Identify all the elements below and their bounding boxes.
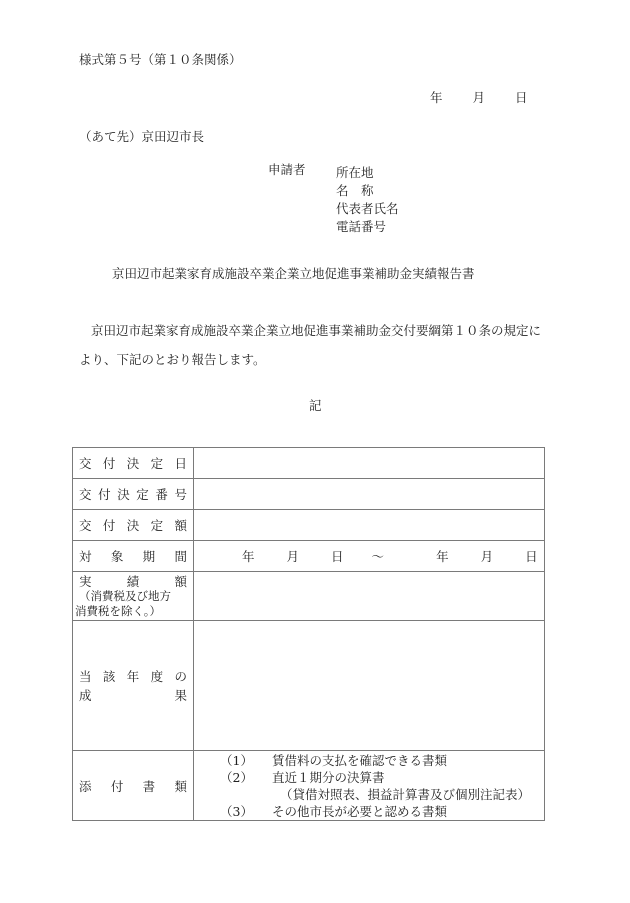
- applicant-name-label: 名 称: [336, 182, 399, 200]
- period-start-month: 月: [287, 547, 300, 565]
- label-decision-amount: 交付決定額: [73, 510, 194, 541]
- addressee: （あて先）京田辺市長: [79, 131, 204, 144]
- actual-amount-field[interactable]: [194, 572, 545, 621]
- label-attachments: 添付書類: [73, 751, 194, 821]
- applicant-phone-label: 電話番号: [336, 218, 399, 236]
- attachment-item-note: （貸借対照表、損益計算書及び個別注記表）: [220, 786, 544, 803]
- document-title: 京田辺市起業家育成施設卒業企業立地促進事業補助金実績報告書: [112, 268, 475, 281]
- attachments-list: （1） 賃借料の支払を確認できる書類 （2） 直近１期分の決算書 （貸借対照表、…: [194, 751, 545, 821]
- period-end-day: 日: [525, 547, 538, 565]
- decision-date-field[interactable]: [194, 448, 545, 479]
- table-row-target-period: 対象期間 年 月 日 ～ 年 月 日: [73, 541, 545, 572]
- report-table: 交付決定日 交付決定番号 交付決定額 対象期間 年 月: [72, 447, 545, 821]
- attachment-item: （3） その他市長が必要と認める書類: [220, 803, 544, 820]
- applicant-address-label: 所在地: [336, 164, 399, 182]
- ki-heading: 記: [309, 400, 322, 413]
- attachment-item: （2） 直近１期分の決算書: [220, 769, 544, 786]
- date-year: 年: [430, 92, 443, 105]
- results-field[interactable]: [194, 621, 545, 751]
- label-decision-number: 交付決定番号: [73, 479, 194, 510]
- period-tilde: ～: [372, 547, 385, 565]
- applicant-representative-label: 代表者氏名: [336, 200, 399, 218]
- actual-amount-note-1: （消費税及び地方: [79, 589, 187, 604]
- attachment-item: （1） 賃借料の支払を確認できる書類: [220, 752, 544, 769]
- target-period-field[interactable]: 年 月 日 ～ 年 月 日: [194, 541, 545, 572]
- applicant-label: 申請者: [268, 164, 306, 177]
- body-text: 京田辺市起業家育成施設卒業企業立地促進事業補助金交付要綱第１０条の規定により、下…: [79, 316, 549, 374]
- date-line: 年月日: [430, 92, 528, 105]
- date-month: 月: [473, 92, 486, 105]
- decision-number-field[interactable]: [194, 479, 545, 510]
- period-end-year: 年: [436, 547, 449, 565]
- label-target-period: 対象期間: [73, 541, 194, 572]
- label-actual-amount: 実績額 （消費税及び地方 消費税を除く。）: [73, 572, 194, 621]
- date-day: 日: [515, 92, 528, 105]
- table-row-actual-amount: 実績額 （消費税及び地方 消費税を除く。）: [73, 572, 545, 621]
- form-number: 様式第５号（第１０条関係）: [79, 54, 242, 67]
- actual-amount-note-2: 消費税を除く。）: [75, 604, 187, 619]
- period-start-year: 年: [242, 547, 255, 565]
- table-row-results: 当該年度の 成果: [73, 621, 545, 751]
- table-row-attachments: 添付書類 （1） 賃借料の支払を確認できる書類 （2） 直近１期分の決算書 （貸…: [73, 751, 545, 821]
- label-decision-date: 交付決定日: [73, 448, 194, 479]
- period-end-month: 月: [481, 547, 494, 565]
- label-results: 当該年度の 成果: [73, 621, 194, 751]
- period-start-day: 日: [331, 547, 344, 565]
- applicant-fields: 所在地 名 称 代表者氏名 電話番号: [336, 164, 399, 236]
- decision-amount-field[interactable]: [194, 510, 545, 541]
- table-row-decision-number: 交付決定番号: [73, 479, 545, 510]
- table-row-decision-date: 交付決定日: [73, 448, 545, 479]
- table-row-decision-amount: 交付決定額: [73, 510, 545, 541]
